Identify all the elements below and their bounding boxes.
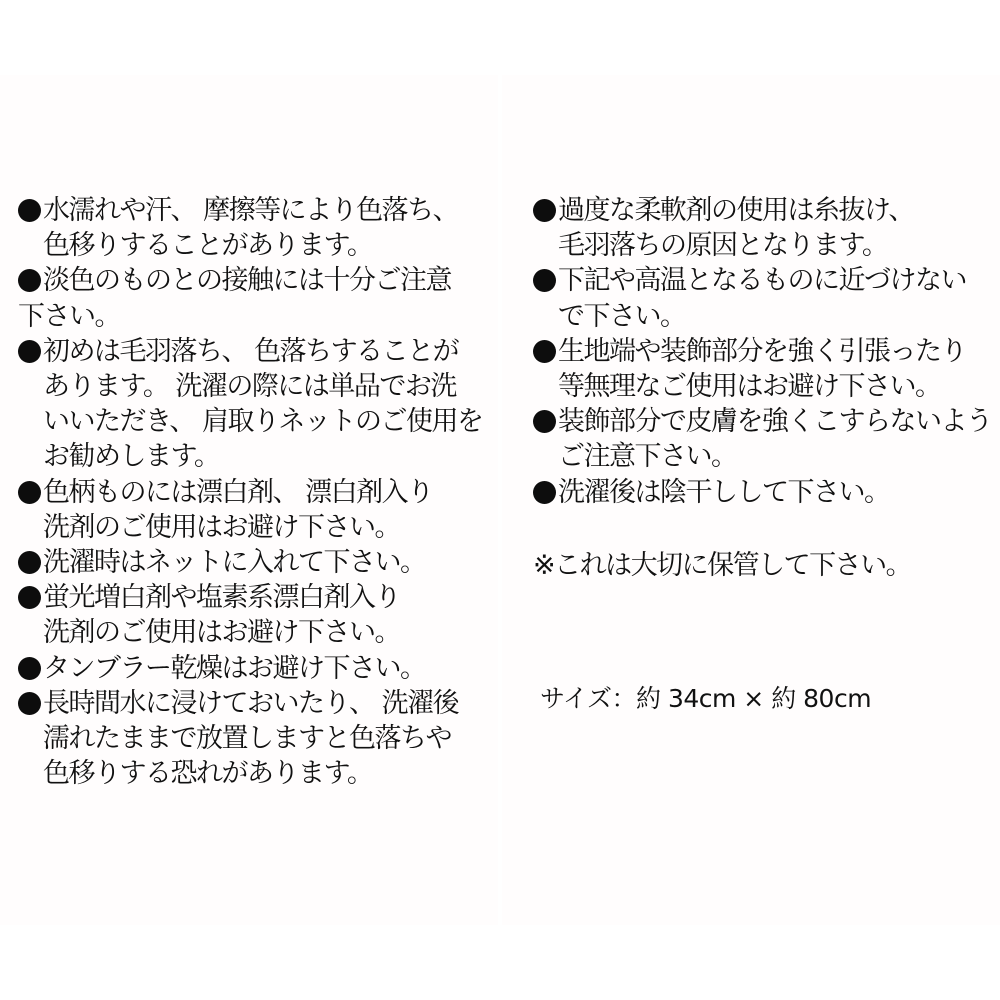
bullet-icon [18, 692, 41, 715]
care-item: 長時間水に浸けておいたり、 洗濯後 濡れたままで放置しますと色落ちや 色移りする… [18, 686, 488, 792]
bullet-icon [533, 199, 556, 222]
care-item: 蛍光増白剤や塩素系漂白剤入り 洗剤のご使用はお避け下さい。 [18, 580, 488, 650]
bullet-icon [18, 199, 41, 222]
storage-note: ※これは大切に保管して下さい。 [533, 548, 911, 583]
bullet-icon [18, 340, 41, 363]
care-line: 色移りする恐れがあります。 [43, 756, 488, 791]
size-info: サイズ：約 34cm × 約 80cm [540, 683, 871, 715]
care-line: 長時間水に浸けておいたり、 洗濯後 [43, 686, 488, 721]
care-line: ご注意下さい。 [558, 439, 993, 474]
bullet-icon [18, 657, 41, 680]
care-line: 等無理なご使用はお避け下さい。 [558, 369, 993, 404]
care-line: 毛羽落ちの原因となります。 [558, 228, 993, 263]
care-line: 洗濯時はネットに入れて下さい。 [43, 545, 488, 580]
care-line: 色移りすることがあります。 [43, 228, 488, 263]
bullet-icon [18, 269, 41, 292]
care-item: 洗濯後は陰干しして下さい。 [533, 475, 993, 510]
bullet-icon [18, 481, 41, 504]
bullet-icon [533, 410, 556, 433]
care-line: 淡色のものとの接触には十分ご注意 [43, 263, 488, 298]
care-item: 下記や高温となるものに近づけない で下さい。 [533, 263, 993, 333]
care-line: で下さい。 [558, 299, 993, 334]
care-line: 生地端や装飾部分を強く引張ったり [558, 334, 993, 369]
care-line: 洗剤のご使用はお避け下さい。 [43, 510, 488, 545]
care-item: 洗濯時はネットに入れて下さい。 [18, 545, 488, 580]
care-line: 初めは毛羽落ち、 色落ちすることが [43, 334, 488, 369]
care-line: あります。 洗濯の際には単品でお洗 [43, 369, 488, 404]
care-item: 生地端や装飾部分を強く引張ったり 等無理なご使用はお避け下さい。 [533, 334, 993, 404]
care-item: 淡色のものとの接触には十分ご注意 下さい。 [18, 263, 488, 333]
care-line: お勧めします。 [43, 439, 488, 474]
care-instructions-right: 過度な柔軟剤の使用は糸抜け、 毛羽落ちの原因となります。 下記や高温となるものに… [533, 193, 993, 510]
care-line: 色柄ものには漂白剤、 漂白剤入り [43, 475, 488, 510]
care-line: 水濡れや汗、 摩擦等により色落ち、 [43, 193, 488, 228]
care-line: タンブラー乾燥はお避け下さい。 [43, 651, 488, 686]
care-line: 洗剤のご使用はお避け下さい。 [43, 615, 488, 650]
care-instructions-left: 水濡れや汗、 摩擦等により色落ち、 色移りすることがあります。 淡色のものとの接… [18, 193, 488, 791]
bullet-icon [533, 269, 556, 292]
care-line: 蛍光増白剤や塩素系漂白剤入り [43, 580, 488, 615]
care-item: 水濡れや汗、 摩擦等により色落ち、 色移りすることがあります。 [18, 193, 488, 263]
care-line: 過度な柔軟剤の使用は糸抜け、 [558, 193, 993, 228]
care-item: 色柄ものには漂白剤、 漂白剤入り 洗剤のご使用はお避け下さい。 [18, 475, 488, 545]
care-item: 過度な柔軟剤の使用は糸抜け、 毛羽落ちの原因となります。 [533, 193, 993, 263]
care-item: 装飾部分で皮膚を強くこすらないよう ご注意下さい。 [533, 404, 993, 474]
bullet-icon [533, 481, 556, 504]
bullet-icon [533, 340, 556, 363]
care-line: 下さい。 [18, 299, 488, 334]
bullet-icon [18, 551, 41, 574]
care-line: いいただき、 肩取りネットのご使用を [43, 404, 488, 439]
care-item: 初めは毛羽落ち、 色落ちすることが あります。 洗濯の際には単品でお洗 いいただ… [18, 334, 488, 475]
care-line: 下記や高温となるものに近づけない [558, 263, 993, 298]
care-line: 装飾部分で皮膚を強くこすらないよう [558, 404, 993, 439]
bullet-icon [18, 586, 41, 609]
care-line: 濡れたままで放置しますと色落ちや [43, 721, 488, 756]
care-line: 洗濯後は陰干しして下さい。 [558, 475, 993, 510]
care-item: タンブラー乾燥はお避け下さい。 [18, 651, 488, 686]
